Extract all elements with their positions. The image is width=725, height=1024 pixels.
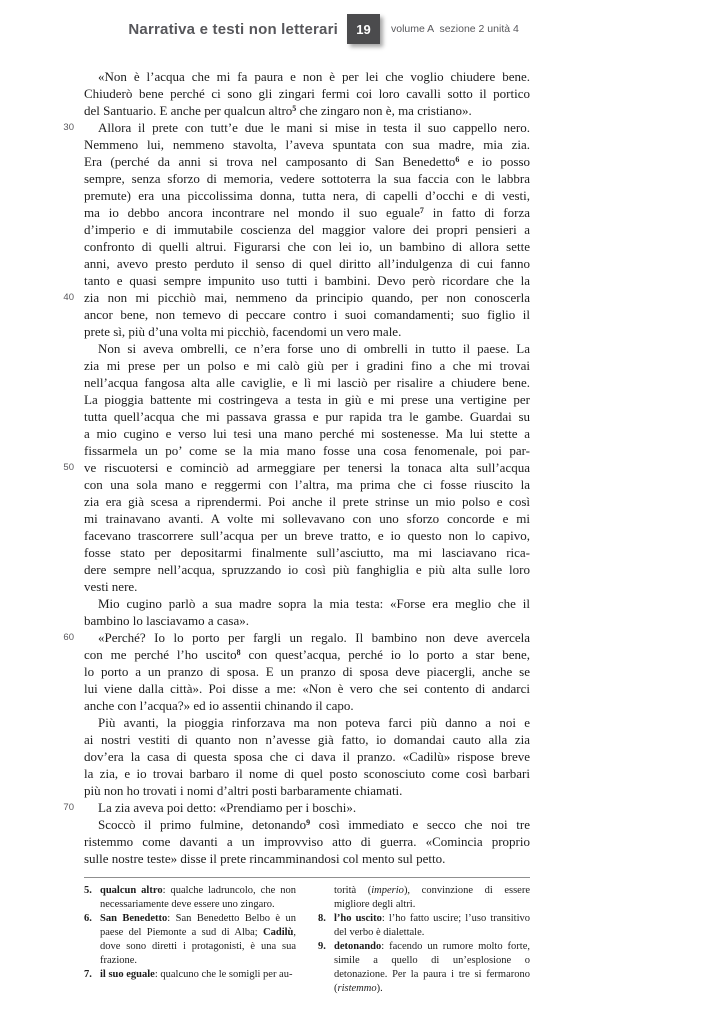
text-line: Chiuderò bene perché ci sono gli zingari…	[84, 85, 530, 102]
footnote-ref: 7	[420, 206, 424, 215]
text-line: lo porto a un pranzo di sposa. E un pran…	[84, 663, 530, 680]
footnote-text: detonando: facendo un rumore molto forte…	[334, 941, 530, 994]
text-line: fosse stato per depositarmi finalmente s…	[84, 544, 530, 561]
footnote-ref: 8	[237, 648, 241, 657]
section-title: Narrativa e testi non letterari	[84, 21, 338, 38]
footnote-ref: 9	[306, 818, 310, 827]
page-number-badge: 19	[347, 14, 380, 44]
text-line: facevano trascorrere sull’acqua per un b…	[84, 527, 530, 544]
footnote: 8.l’ho uscito: l’ho fatto uscire; l’uso …	[318, 912, 530, 940]
text-line: con una sola mano e reggermi con l’altra…	[84, 476, 530, 493]
footnote-text: torità (imperio), convinzione di essere …	[334, 885, 530, 910]
text-line: anche con l’acqua?» ed io assentii china…	[84, 697, 530, 714]
footnote-text: l’ho uscito: l’ho fatto uscire; l’uso tr…	[334, 913, 530, 938]
line-number: 70	[40, 799, 74, 816]
text-line: ai nostri vestiti di quanto non n’avesse…	[84, 731, 530, 748]
footnote-number: 7.	[84, 968, 92, 982]
text-line: zia era già scesa a riprendermi. Poi anc…	[84, 493, 530, 510]
text-line: sulle nostre teste» disse il prete rinca…	[84, 850, 530, 867]
text-line: sempre, senza sforzo di memoria, vedere …	[84, 170, 530, 187]
text-line: «Non è l’acqua che mi fa paura e non è p…	[84, 68, 530, 85]
book-page: Narrativa e testi non letterari 19 volum…	[0, 0, 725, 1024]
line-number: 60	[40, 629, 74, 646]
line-number: 50	[40, 459, 74, 476]
text-line: vesti nere.	[84, 578, 530, 595]
text-line: d’imperio e di immutabile coscienza del …	[84, 221, 530, 238]
footnote-divider	[84, 877, 530, 878]
text-line: ma io debbo ancora incontrare nel mondo …	[84, 204, 530, 221]
footnote-number: 6.	[84, 912, 92, 926]
text-line: più non ho trovati i nomi d’altri posti …	[84, 782, 530, 799]
text-line: ancor bene, non temevo di peccare contro…	[84, 306, 530, 323]
footnote: torità (imperio), convinzione di essere …	[318, 884, 530, 912]
text-line: a mio cugino e verso lui tesi una mano p…	[84, 425, 530, 442]
text-line: Nemmeno lui, nemmeno stavolta, l’aveva s…	[84, 136, 530, 153]
footnote: 7.il suo eguale: qualcuno che le somigli…	[84, 968, 296, 982]
footnote-ref: 5	[292, 104, 296, 113]
text-line: tutta quell’acqua che mi passava grassa …	[84, 408, 530, 425]
line-number: 30	[40, 119, 74, 136]
text-line: Era (perché da anni si trova nel camposa…	[84, 153, 530, 170]
volume-info: volume A sezione 2 unità 4	[391, 23, 519, 35]
text-line: ristemmo come davanti a un improvviso at…	[84, 833, 530, 850]
narrative-text-block: «Non è l’acqua che mi fa paura e non è p…	[84, 68, 530, 867]
line-number: 40	[40, 289, 74, 306]
text-line: con me perché l’ho uscito8 con quest’acq…	[84, 646, 530, 663]
text-line: Non si aveva ombrelli, ce n’era forse un…	[84, 340, 530, 357]
text-line: zia mi prese per un polso e mi calò giù …	[84, 357, 530, 374]
text-line: Mio cugino parlò a sua madre sopra la mi…	[84, 595, 530, 612]
text-line: confronto di quelli altrui. Figurarsi ch…	[84, 238, 530, 255]
text-line: Scoccò il primo fulmine, detonando9 così…	[84, 816, 530, 833]
text-line: anni, avevo presto perduto il senso di q…	[84, 255, 530, 272]
footnote-text: qualcun altro: qualche ladruncolo, che n…	[100, 885, 296, 910]
text-line: mi trainavano avanti. A volte mi solleva…	[84, 510, 530, 527]
text-line: La zia aveva poi detto: «Prendiamo per i…	[84, 799, 530, 816]
text-line: tanto e quasi sempre impunito uso tutti …	[84, 272, 530, 289]
footnote: 9.detonando: facendo un rumore molto for…	[318, 940, 530, 996]
text-line: dere sempre nell’acqua, spruzzando io co…	[84, 561, 530, 578]
text-line: nell’acqua fangosa alta alle caviglie, e…	[84, 374, 530, 391]
text-line: Allora il prete con tutt’e due le mani s…	[84, 119, 530, 136]
footnotes-column-right: torità (imperio), convinzione di essere …	[318, 884, 530, 996]
text-line: «Perché? Io lo porto per fargli un regal…	[84, 629, 530, 646]
footnote-text: San Benedetto: San Benedetto Belbo è un …	[100, 913, 296, 966]
footnotes-block: 5.qualcun altro: qualche ladruncolo, che…	[84, 884, 530, 996]
text-line: zia non mi picchiò mai, nemmeno da princ…	[84, 289, 530, 306]
text-line: del Santuario. E anche per qualcun altro…	[84, 102, 530, 119]
page-number: 19	[356, 22, 370, 37]
text-line: fissarmela un po’ come se la mia mano fo…	[84, 442, 530, 459]
footnote: 6.San Benedetto: San Benedetto Belbo è u…	[84, 912, 296, 968]
text-line: prete sì, più d’una volta mi picchiò, fa…	[84, 323, 530, 340]
text-line: bambino lo lasciavamo a casa».	[84, 612, 530, 629]
footnote-ref: 6	[455, 155, 459, 164]
footnote-number: 8.	[318, 912, 326, 926]
text-line: premute) era una piccolissima donna, tut…	[84, 187, 530, 204]
text-line: la zia, e io trovai barbaro il nome di q…	[84, 765, 530, 782]
text-line: ve riscuotersi e cominciò ad armeggiare …	[84, 459, 530, 476]
text-line: La pioggia battente mi costringeva a tes…	[84, 391, 530, 408]
footnote: 5.qualcun altro: qualche ladruncolo, che…	[84, 884, 296, 912]
footnote-number: 5.	[84, 884, 92, 898]
footnotes-column-left: 5.qualcun altro: qualche ladruncolo, che…	[84, 884, 296, 996]
text-line: Più avanti, la pioggia rinforzava ma non…	[84, 714, 530, 731]
footnote-text: il suo eguale: qualcuno che le somigli p…	[100, 969, 292, 980]
footnote-number: 9.	[318, 940, 326, 954]
text-line: dov’era la casa di questa sposa che ci d…	[84, 748, 530, 765]
page-header: Narrativa e testi non letterari 19 volum…	[84, 13, 544, 45]
text-line: lui viene dalla città». Poi disse a me: …	[84, 680, 530, 697]
